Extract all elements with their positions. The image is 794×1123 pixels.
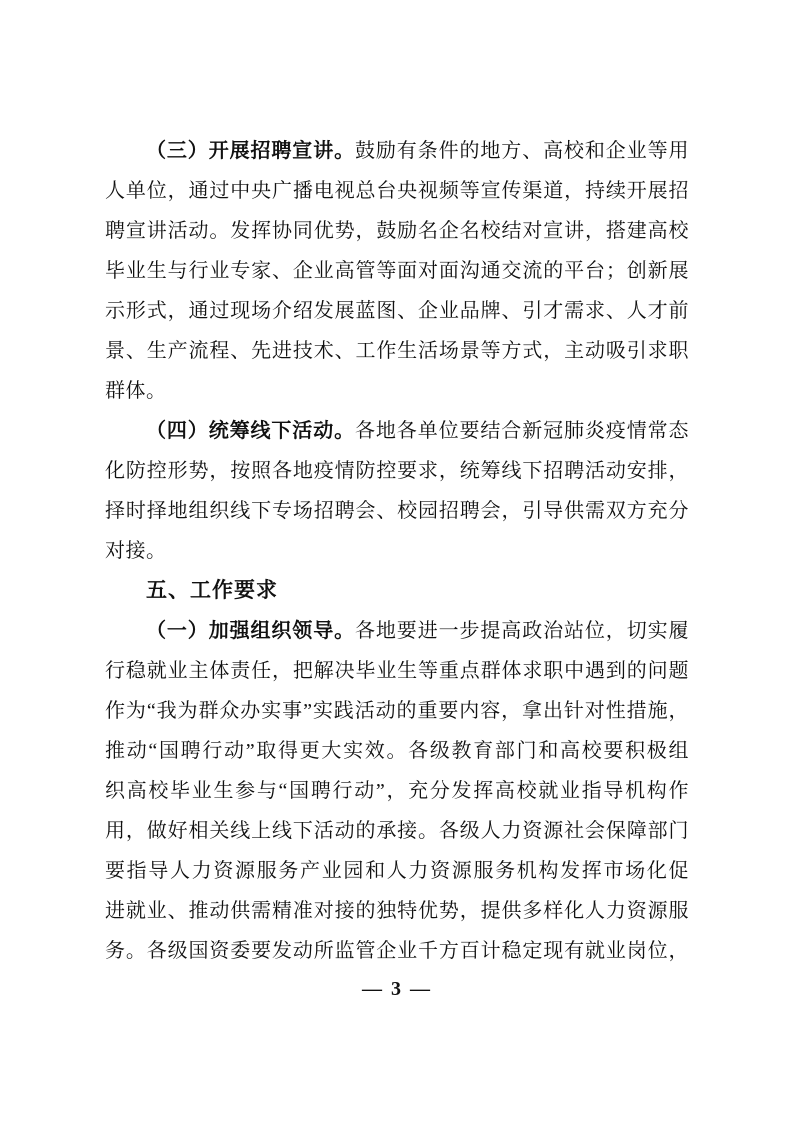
line-text: 鼓励有条件的地方、高校和企业等用 [355,140,689,162]
paragraph-line: 化防控形势，按照各地疫情防控要求，统筹线下招聘活动安排， [105,451,689,491]
paragraph-line: 推动“国聘行动”取得更大实效。各级教育部门和高校要积极组 [105,731,689,771]
paragraph-line: 务。各级国资委要发动所监管企业千方百计稳定现有就业岗位， [105,931,689,971]
subheading-item-1: （一）加强组织领导。 [146,620,355,642]
paragraph-line: 聘宣讲活动。发挥协同优势，鼓励名企名校结对宣讲，搭建高校 [105,211,689,251]
document-page: （三）开展招聘宣讲。鼓励有条件的地方、高校和企业等用 人单位，通过中央广播电视总… [0,0,794,1123]
document-body: （三）开展招聘宣讲。鼓励有条件的地方、高校和企业等用 人单位，通过中央广播电视总… [105,131,689,971]
page-number: — 3 — [0,978,794,1001]
subheading-item-3: （三）开展招聘宣讲。 [146,140,355,162]
line-text: 各地要进一步提高政治站位，切实履 [355,620,689,642]
paragraph-line: 毕业生与行业专家、企业高管等面对面沟通交流的平台；创新展 [105,251,689,291]
paragraph-line: 对接。 [105,531,689,571]
paragraph-line: （一）加强组织领导。各地要进一步提高政治站位，切实履 [105,611,689,651]
paragraph-line: 要指导人力资源服务产业园和人力资源服务机构发挥市场化促 [105,851,689,891]
paragraph-line: 进就业、推动供需精准对接的独特优势，提供多样化人力资源服 [105,891,689,931]
subheading-item-4: （四）统筹线下活动。 [146,420,355,442]
paragraph-line: 人单位，通过中央广播电视总台央视频等宣传渠道，持续开展招 [105,171,689,211]
paragraph-line: 用，做好相关线上线下活动的承接。各级人力资源社会保障部门 [105,811,689,851]
paragraph-line: 示形式，通过现场介绍发展蓝图、企业品牌、引才需求、人才前 [105,291,689,331]
paragraph-line: 群体。 [105,371,689,411]
paragraph-line: 织高校毕业生参与“国聘行动”，充分发挥高校就业指导机构作 [105,771,689,811]
paragraph-line: 行稳就业主体责任，把解决毕业生等重点群体求职中遇到的问题 [105,651,689,691]
line-text: 各地各单位要结合新冠肺炎疫情常态 [355,420,689,442]
paragraph-line: 作为“我为群众办实事”实践活动的重要内容，拿出针对性措施， [105,691,689,731]
paragraph-line: （三）开展招聘宣讲。鼓励有条件的地方、高校和企业等用 [105,131,689,171]
paragraph-line: 择时择地组织线下专场招聘会、校园招聘会，引导供需双方充分 [105,491,689,531]
section-heading: 五、工作要求 [105,571,689,611]
paragraph-line: （四）统筹线下活动。各地各单位要结合新冠肺炎疫情常态 [105,411,689,451]
paragraph-line: 景、生产流程、先进技术、工作生活场景等方式，主动吸引求职 [105,331,689,371]
